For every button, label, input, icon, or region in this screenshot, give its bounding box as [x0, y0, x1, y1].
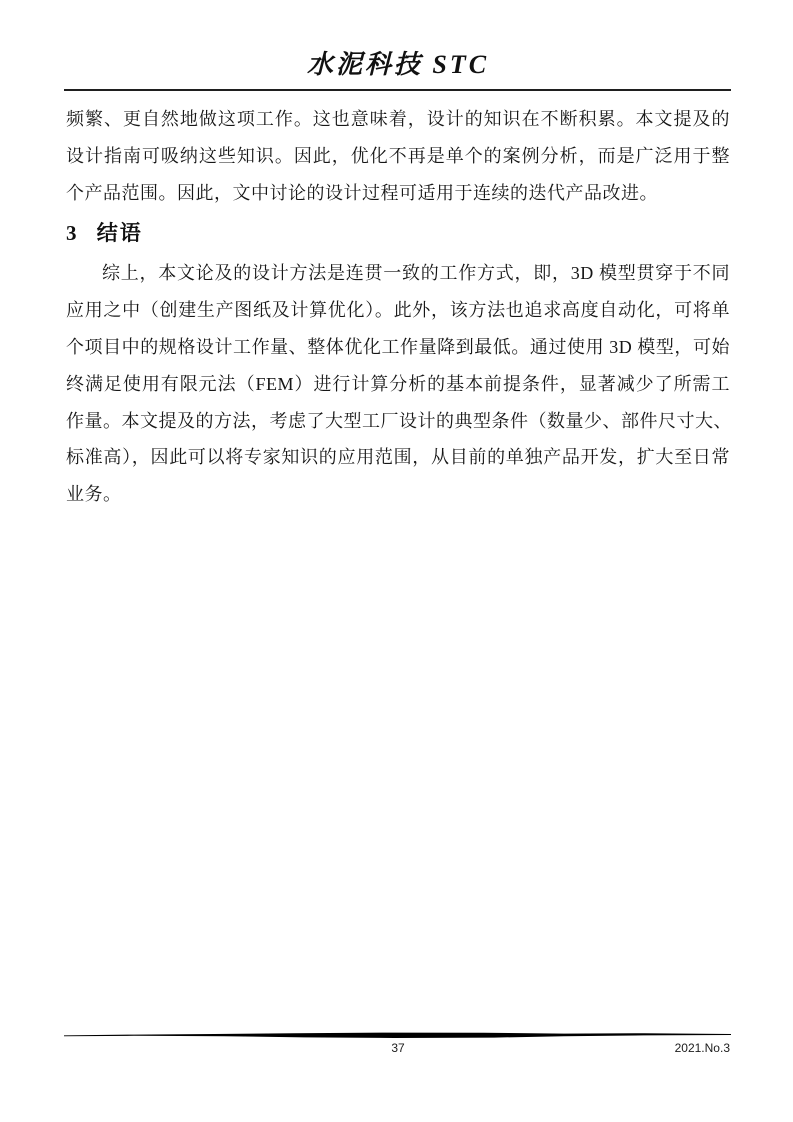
paragraph-1: 频繁、更自然地做这项工作。这也意味着，设计的知识在不断积累。本文提及的设计指南可… — [66, 101, 730, 211]
page-number: 37 — [66, 1041, 730, 1055]
section-heading: 3 结语 — [66, 211, 730, 255]
header-rule — [64, 89, 731, 91]
issue-number: 2021.No.3 — [675, 1041, 730, 1055]
paragraph-2: 综上，本文论及的设计方法是连贯一致的工作方式，即，3D 模型贯穿于不同应用之中（… — [66, 255, 730, 513]
journal-title: 水泥科技 STC — [66, 44, 730, 81]
section-number: 3 — [66, 211, 77, 255]
text-line: 应用之中（创建生产图纸及计算优化）。此外，该方法也追求高度自动化，可将单 — [66, 292, 730, 329]
footer-rule — [64, 1031, 731, 1041]
text-line: 个项目中的规格设计工作量、整体优化工作量降到最低。通过使用 3D 模型，可始 — [66, 329, 730, 366]
text-line: 标准高），因此可以将专家知识的应用范围，从目前的单独产品开发，扩大至日常 — [66, 439, 730, 476]
text-line: 作量。本文提及的方法，考虑了大型工厂设计的典型条件（数量少、部件尺寸大、 — [66, 403, 730, 440]
text-line: 频繁、更自然地做这项工作。这也意味着，设计的知识在不断积累。本文提及的 — [66, 101, 730, 138]
text-line: 综上，本文论及的设计方法是连贯一致的工作方式，即，3D 模型贯穿于不同 — [66, 255, 730, 292]
text-line: 个产品范围。因此，文中讨论的设计过程可适用于连续的迭代产品改进。 — [66, 175, 730, 212]
section-title: 结语 — [97, 211, 143, 255]
text-line: 终满足使用有限元法（FEM）进行计算分析的基本前提条件，显著减少了所需工 — [66, 366, 730, 403]
page-content: 频繁、更自然地做这项工作。这也意味着，设计的知识在不断积累。本文提及的设计指南可… — [66, 101, 730, 513]
text-line: 设计指南可吸纳这些知识。因此，优化不再是单个的案例分析，而是广泛用于整 — [66, 138, 730, 175]
text-line: 业务。 — [66, 476, 730, 513]
footer: 37 2021.No.3 — [66, 1041, 730, 1057]
document-page: 水泥科技 STC 频繁、更自然地做这项工作。这也意味着，设计的知识在不断积累。本… — [0, 0, 793, 1122]
